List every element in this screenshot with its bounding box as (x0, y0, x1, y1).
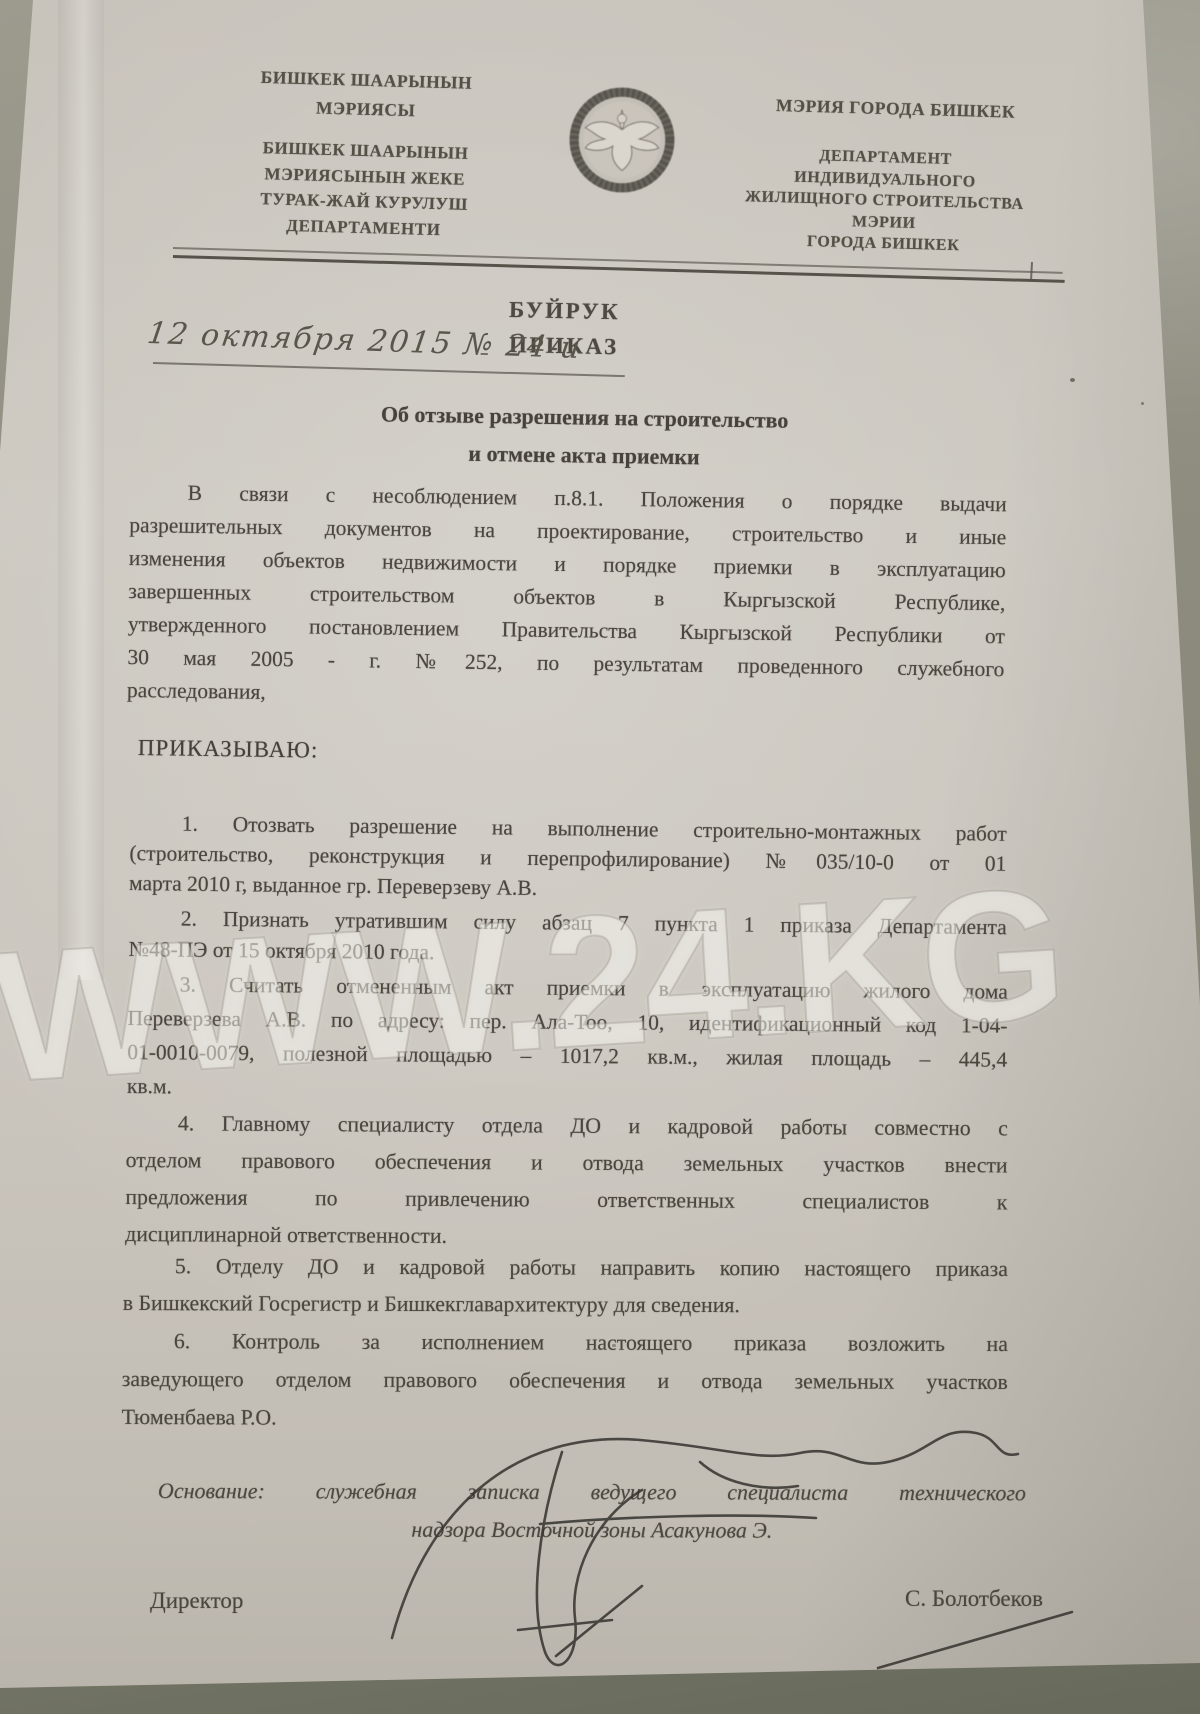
text-line: Основание: служебная записка ведущего сп… (158, 1472, 1026, 1512)
kyrgyz-emblem-seal-icon (566, 84, 678, 196)
header-dept-russian: ДЕПАРТАМЕНТИНДИВИДУАЛЬНОГОЖИЛИЩНОГО СТРО… (699, 142, 1070, 260)
order-item-1: 1. Отозвать разрешение на выполнение стр… (129, 808, 1007, 909)
text-line: надзора Восточной зоны Асакунова Э. (158, 1510, 1026, 1550)
order-basis: Основание: служебная записка ведущего сп… (158, 1472, 1026, 1550)
order-item-2: 2. Признать утратившим силу абзац 7 пунк… (128, 903, 1007, 974)
text-line: заведующего отделом правового обеспечени… (122, 1360, 1008, 1401)
header-org-kyrgyz: БИШКЕК ШААРЫНЫНМЭРИЯСЫ (226, 62, 506, 128)
text-line: Тюменбаева Р.О. (122, 1398, 1008, 1439)
order-item-3: 3. Считать отмененным акт приемки в эксп… (127, 967, 1008, 1111)
paper-crease (58, 0, 104, 980)
signature-name: С. Болотбеков (905, 1586, 1043, 1612)
header-dept-kyrgyz: БИШКЕК ШААРЫНЫНМЭРИЯСЫНЫН ЖЕКЕТУРАК-ЖАЙ … (217, 134, 512, 244)
order-item-6: 6. Контроль за исполнением настоящего пр… (122, 1322, 1008, 1439)
order-item-5: 5. Отделу ДО и кадровой работы направить… (123, 1248, 1008, 1325)
text-line: отделом правового обеспечения и отвода з… (126, 1142, 1008, 1184)
photographed-order-document: БИШКЕК ШААРЫНЫНМЭРИЯСЫ БИШКЕК ШААРЫНЫНМЭ… (0, 0, 1200, 1714)
text-line: предложения по привлечению ответственных… (125, 1179, 1007, 1221)
order-subject: Об отзыве разрешения на строительствои о… (294, 394, 875, 479)
text-line: 6. Контроль за исполнением настоящего пр… (122, 1322, 1008, 1363)
signature-title: Директор (150, 1588, 243, 1614)
text-line: 5. Отделу ДО и кадровой работы направить… (123, 1248, 1008, 1288)
order-item-4: 4. Главному специалисту отдела ДО и кадр… (125, 1105, 1008, 1258)
text-line: в Бишкекский Госрегистр и Бишкекглавархи… (123, 1285, 1008, 1325)
order-preamble: В связи с несоблюдением п.8.1. Положения… (127, 476, 1007, 719)
resolution-heading: ПРИКАЗЫВАЮ: (138, 735, 319, 764)
dust-speck (612, 1344, 616, 1347)
text-line: 4. Главному специалисту отдела ДО и кадр… (126, 1105, 1008, 1147)
dust-speck (1070, 378, 1075, 382)
dust-speck (1141, 402, 1144, 405)
